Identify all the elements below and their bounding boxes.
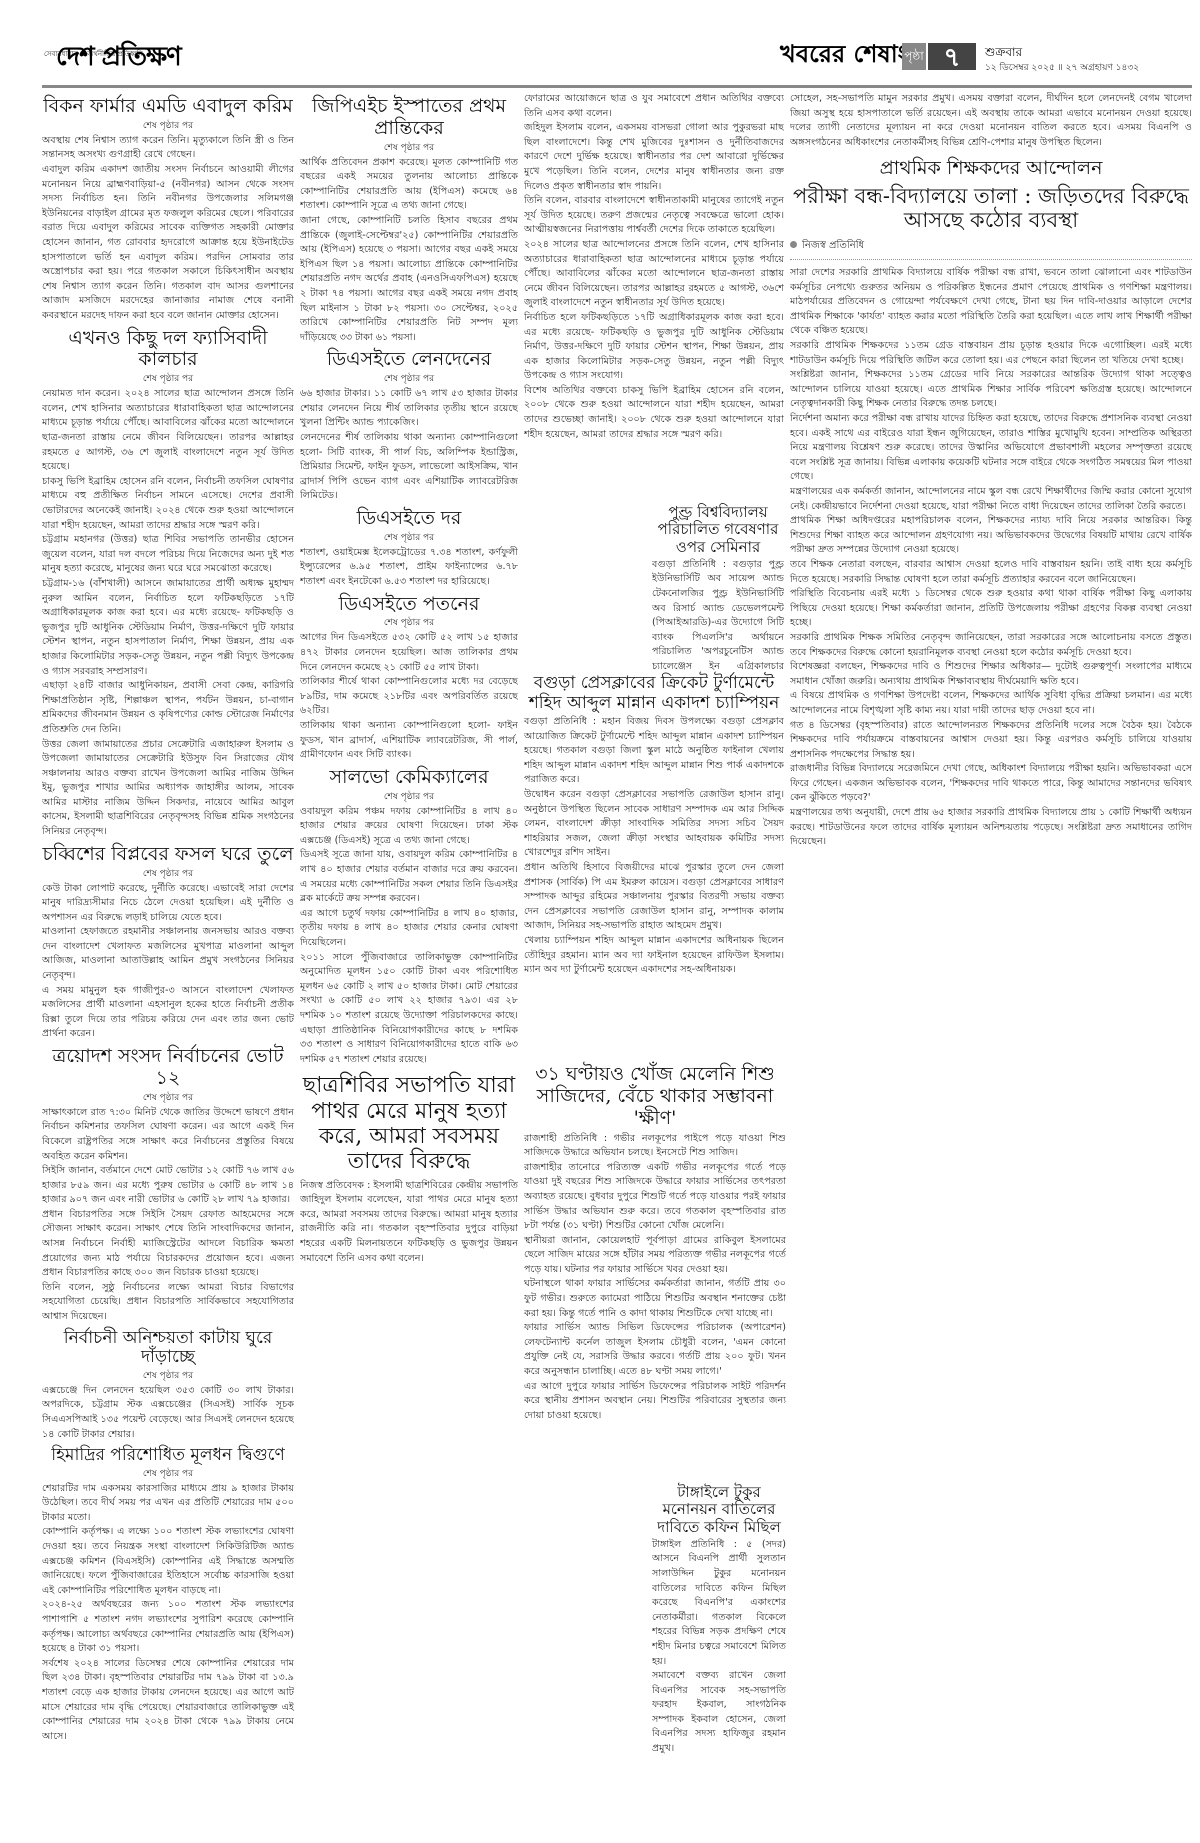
paragraph: তালিকার শীর্ষে থাকা কোম্পানিগুলোর মধ্যে … xyxy=(300,675,518,719)
article-primary-teachers-movement[interactable]: প্রাথমিক শিক্ষকদের আন্দোলন পরীক্ষা বন্ধ-… xyxy=(790,158,1192,849)
paragraph: প্রধান অতিথি হিসাবে বিজয়ীদের মাঝে পুরস্… xyxy=(524,861,784,934)
paragraph: তিনি বলেন, সুষ্ঠু নির্বাচনের লক্ষ্যে আমর… xyxy=(42,1281,294,1325)
article-dse-price[interactable]: ডিএসইতে দর শেষ পৃষ্ঠার পর শতাংশ, ওয়াইমে… xyxy=(300,508,518,590)
paragraph: সিইসি জানান, বর্তমানে দেশে মোট ভোটার ১২ … xyxy=(42,1164,294,1208)
paragraph: আগের দিন ডিএসইতে ৫৩২ কোটি ৫২ লাখ ১৫ হাজা… xyxy=(300,631,518,675)
article-tangail-coffin-rally[interactable]: টাঙ্গাইলে টুকুর মনোনয়ন বাতিলের দাবিতে ক… xyxy=(652,1480,786,1837)
continuation-label: শেষ পৃষ্ঠার পর xyxy=(42,120,294,132)
paragraph: শতাংশ, ওয়াইমেক্স ইলেকট্রোডের ৭.৩৪ শতাংশ… xyxy=(300,546,518,590)
paragraph: সারা দেশের সরকারি প্রাথমিক বিদ্যালয়ে বা… xyxy=(790,266,1192,339)
headline: ডিএসইতে লেনদেনের xyxy=(300,349,518,371)
paragraph: এক্সচেঞ্জে দিন লেনদেন হয়েছিল ৩৫৩ কোটি ৩… xyxy=(42,1384,294,1442)
article-dse-transactions[interactable]: ডিএসইতে লেনদেনের শেষ পৃষ্ঠার পর ৬৬ হাজার… xyxy=(300,349,518,504)
paragraph: ওবায়দুল করিম পঞ্চম দফায় কোম্পানিটির ৪ … xyxy=(300,805,518,849)
paragraph: ফোরামের আয়োজনে ছাত্র ও যুব সমাবেশে প্রধ… xyxy=(524,92,784,121)
paragraph: চাকসু ভিপি ইব্রাহিম হোসেন রনি বলেন, নির্… xyxy=(42,475,294,533)
paragraph: বগুড়া প্রতিনিধি : বগুড়ার পুণ্ড্র ইউনিভ… xyxy=(652,558,784,670)
paragraph: তিনি বলেন, বারবার বাংলাদেশে স্বাধীনতাকাম… xyxy=(524,194,784,238)
article-fascist-culture[interactable]: এখনও কিছু দল ফ্যাসিবাদী কালচার শেষ পৃষ্ঠ… xyxy=(42,328,294,840)
headline: ত্রয়োদশ সংসদ নির্বাচনের ভোট ১২ xyxy=(42,1046,294,1090)
paragraph: চট্টগ্রাম মহানগর (উত্তর) ছাত্র শিবির সভা… xyxy=(42,533,294,577)
kicker: প্রাথমিক শিক্ষকদের আন্দোলন xyxy=(790,158,1192,180)
paragraph: সাক্ষাৎকালে রাত ৭:৩০ মিনিট থেকে জাতির উদ… xyxy=(42,1106,294,1164)
continuation-label: শেষ পৃষ্ঠার পর xyxy=(300,617,518,629)
headline: এখনও কিছু দল ফ্যাসিবাদী কালচার xyxy=(42,328,294,372)
headline: চব্বিশের বিপ্লবের ফসল ঘরে তুলে xyxy=(42,844,294,866)
paragraph: প্রধান বিচারপতির সঙ্গে সিইসি সৈয়দ রেফাত… xyxy=(42,1208,294,1281)
headline: বগুড়া প্রেসক্লাবের ক্রিকেট টুর্ণামেন্টে… xyxy=(524,674,784,713)
paragraph: সমাবেশে বক্তব্য রাখেন জেলা বিএনপির সাবেক… xyxy=(652,1669,786,1757)
paragraph: তবে শিক্ষক নেতারা বলছেন, বারবার আশ্বাস দ… xyxy=(790,558,1192,587)
paragraph: রাজশাহী প্রতিনিধি : গভীর নলকূপের পাইপে প… xyxy=(524,1132,786,1161)
article-cricket-tournament[interactable]: বগুড়া প্রেসক্লাবের ক্রিকেট টুর্ণামেন্টে… xyxy=(524,670,784,1000)
paragraph: গত ৪ ডিসেম্বর (বৃহস্পতিবার) রাতে আন্দোলন… xyxy=(790,719,1192,763)
paragraph: পরিস্থিতি বিবেচনায় এরই মধ্যে ১ ডিসেম্বর… xyxy=(790,587,1192,631)
paragraph: আর্থিক প্রতিবেদন প্রকাশ করেছে। মূলত কোম্… xyxy=(300,156,518,214)
paragraph: কোম্পানি কর্তৃপক্ষ। এ লক্ষ্যে ১০০ শতাংশ … xyxy=(42,1525,294,1598)
paragraph: জহিদুল ইসলাম বলেন, একসময় বাসভরা গোলা আর… xyxy=(524,121,784,194)
paragraph: ৬৬ হাজার টাকার। ১১ কোটি ৬৭ লাখ ৫৩ হাজার … xyxy=(300,387,518,431)
paragraph: জানা গেছে, কোম্পানিটি চলতি হিসাব বছরের প… xyxy=(300,214,518,345)
continuation-label: শেষ পৃষ্ঠার পর xyxy=(300,142,518,154)
paragraph: সরকারি প্রাথমিক শিক্ষকদের ১১তম গ্রেড বাস… xyxy=(790,339,1192,368)
paragraph: বিশেষ অতিথির বক্তব্যে চাকসু ভিপি ইব্রাহি… xyxy=(524,384,784,442)
paragraph: টাঙ্গাইল প্রতিনিধি : ৫ (সদর) আসনে বিএনপি… xyxy=(652,1538,786,1669)
paragraph: মন্ত্রণালয়ের তথ্য অনুযায়ী, দেশে প্রায়… xyxy=(790,806,1192,850)
publication-date: ১২ ডিসেম্বর ২০২৫ ॥ ২৭ অগ্রহায়ণ ১৪৩২ xyxy=(985,60,1139,75)
paragraph: ঘটনাস্থলে থাকা ফায়ার সার্ভিসের কর্মকর্ত… xyxy=(524,1277,786,1321)
paragraph: কেউ টাকা লোপাট করেছে, দুর্নীতি করেছে। এভ… xyxy=(42,882,294,926)
paragraph: সরকারি প্রাথমিক শিক্ষক সমিতির নেতৃবৃন্দ … xyxy=(790,631,1192,660)
article-market-recovery[interactable]: নির্বাচনী অনিশ্চয়তা কাটায় ঘুরে দাঁড়াচ… xyxy=(42,1329,294,1442)
continuation-label: শেষ পৃষ্ঠার পর xyxy=(42,1370,294,1382)
paragraph: এ বিষয়ে প্রাথমিক ও গণশিক্ষা উপদেষ্টা বল… xyxy=(790,689,1192,718)
paragraph: সর্বশেষ ২০২৪ সালের ডিসেম্বর শেষে কোম্পান… xyxy=(42,1657,294,1745)
column-2: জিপিএইচ ইস্পাতের প্রথম প্রান্তিকের শেষ প… xyxy=(300,92,518,1837)
headline: টাঙ্গাইলে টুকুর মনোনয়ন বাতিলের দাবিতে ক… xyxy=(652,1484,786,1536)
paragraph: সংশ্লিষ্টরা জানান, শিক্ষকদের ১১তম গ্রেডে… xyxy=(790,368,1192,412)
paragraph: রাজশাহীর তানোরে পরিত্যক্ত একটি গভীর নলকূ… xyxy=(524,1161,786,1234)
continuation-label: শেষ পৃষ্ঠার পর xyxy=(42,373,294,385)
headline: জিপিএইচ ইস্পাতের প্রথম প্রান্তিকের xyxy=(300,96,518,140)
continuation-label: শেষ পৃষ্ঠার পর xyxy=(42,1092,294,1104)
paragraph: লেনদেনের শীর্ষ তালিকায় থাকা অন্যান্য কো… xyxy=(300,431,518,504)
section-title: খবরের শেষাংশ xyxy=(780,40,922,68)
column-4-gap xyxy=(652,1000,784,1060)
paragraph: শেয়ারটির দাম একসময় কারসাজির মাধ্যমে প্… xyxy=(42,1482,294,1526)
page-number: ৭ xyxy=(928,43,976,70)
headline: পরীক্ষা বন্ধ-বিদ্যালয়ে তালা : জড়িতদের … xyxy=(790,184,1192,232)
paragraph: নির্বাচিত হলে ফটিকছড়িতে ১৭টি অগ্রাধিকার… xyxy=(524,311,784,384)
paragraph: ২০২৪ সালের ছাত্র আন্দোলনের প্রসঙ্গে তিনি… xyxy=(524,238,784,311)
paragraph: নিজস্ব প্রতিবেদক : ইসলামী ছাত্রশিবিরের ক… xyxy=(300,1179,518,1267)
byline: নিজস্ব প্রতিনিধি xyxy=(790,235,1192,261)
paragraph: মাওলানা হেফাজতে রহমানীর সঞ্চালনায় জনসভা… xyxy=(42,925,294,983)
article-bikon-pharma[interactable]: বিকন ফার্মার এমডি এবাদুল করিম শেষ পৃষ্ঠা… xyxy=(42,96,294,324)
headline: পুণ্ড্র বিশ্ববিদ্যালয় পরিচালিত গবেষণার … xyxy=(652,504,784,556)
article-revolution-harvest[interactable]: চব্বিশের বিপ্লবের ফসল ঘরে তুলে শেষ পৃষ্ঠ… xyxy=(42,844,294,1042)
paragraph: খেলায় চ্যাম্পিয়ন শহিদ আব্দুল মান্নান এ… xyxy=(524,934,784,978)
article-gph-ispat[interactable]: জিপিএইচ ইস্পাতের প্রথম প্রান্তিকের শেষ প… xyxy=(300,96,518,345)
paragraph: রাজধানীর বিভিন্ন বিদ্যালয়ে সরেজমিনে দেখ… xyxy=(790,762,1192,806)
continuation-label: শেষ পৃষ্ঠার পর xyxy=(42,868,294,880)
article-dse-fall[interactable]: ডিএসইতে পতনের শেষ পৃষ্ঠার পর আগের দিন ডি… xyxy=(300,594,518,763)
paragraph: নেয়ামত দান করেন। ২০২৪ সালের ছাত্র আন্দো… xyxy=(42,387,294,475)
bullet-icon xyxy=(790,241,797,248)
paragraph: এবাদুল করিম একাদশ জাতীয় সংসদ নির্বাচনে … xyxy=(42,163,294,324)
paragraph: উদ্বোধন করেন বগুড়া প্রেসক্লাবের সভাপতি … xyxy=(524,788,784,861)
continuation-label: শেষ পৃষ্ঠার পর xyxy=(300,791,518,803)
article-election-vote[interactable]: ত্রয়োদশ সংসদ নির্বাচনের ভোট ১২ শেষ পৃষ্… xyxy=(42,1046,294,1325)
headline: বিকন ফার্মার এমডি এবাদুল করিম xyxy=(42,96,294,118)
headline: হিমাদ্রির পরিশোধিত মূলধন দ্বিগুণে xyxy=(42,1446,294,1466)
paragraph: মন্ত্রণালয়ের এক কর্মকর্তা জানান, আন্দোল… xyxy=(790,485,1192,514)
paragraph: ২০২৪-২৫ অর্থবছরের জন্য ১০০ শতাংশ স্টক লভ… xyxy=(42,1598,294,1656)
paragraph: এ সময় মামুনুল হক গাজীপুর-৩ আসনে বাংলাদে… xyxy=(42,984,294,1042)
headline: ৩১ ঘণ্টায়ও খোঁজ মেলেনি শিশু সাজিদের, বে… xyxy=(524,1064,786,1130)
paragraph: সোহেল, সহ-সভাপতি মামুন সরকার প্রমুখ। এসম… xyxy=(790,92,1192,150)
paragraph: বগুড়া প্রতিনিধি : মহান বিজয় দিবস উপলক্… xyxy=(524,715,784,788)
paragraph: বিশেষজ্ঞরা বলছেন, শিক্ষকদের দাবি ও শিশুদ… xyxy=(790,660,1192,689)
article-salvo-chemical[interactable]: সালভো কেমিক্যালের শেষ পৃষ্ঠার পর ওবায়দু… xyxy=(300,767,518,1068)
continuation-label: শেষ পৃষ্ঠার পর xyxy=(42,1468,294,1480)
newspaper-logo[interactable]: দেশ প্রতিক্ষণ xyxy=(56,46,181,68)
paragraph: নির্দেশনা অমান্য করে পরীক্ষা বন্ধ রাখায়… xyxy=(790,412,1192,485)
masthead: সেবাৱধাৱাৱ ও অৰ্থনীতিৱ প্ৰতিধ্বনি দেশ প্… xyxy=(0,0,1200,66)
paragraph: অবস্থায় শেষ নিশ্বাস ত্যাগ করেন তিনি। মৃ… xyxy=(42,134,294,163)
continuation-label: শেষ পৃষ্ঠার পর xyxy=(300,532,518,544)
paragraph: ২০১১ সালে পুঁজিবাজারে তালিকাভুক্ত কোম্পা… xyxy=(300,951,518,1068)
paragraph: উত্তর জেলা জামায়াতের প্রচার সেক্রেটারি … xyxy=(42,738,294,840)
paragraph: তালিকায় থাকা অন্যান্য কোম্পানিগুলো হলো-… xyxy=(300,719,518,763)
continuation-label: শেষ পৃষ্ঠার পর xyxy=(300,373,518,385)
headline: ছাত্রশিবির সভাপতি যারা পাথর মেরে মানুষ হ… xyxy=(300,1073,518,1174)
headline: ডিএসইতে পতনের xyxy=(300,594,518,616)
article-himadri-capital[interactable]: হিমাদ্রির পরিশোধিত মূলধন দ্বিগুণে শেষ পৃ… xyxy=(42,1446,294,1744)
paragraph: ফায়ার সার্ভিস অ্যান্ড সিভিল ডিফেন্সের প… xyxy=(524,1321,786,1379)
column-1: বিকন ফার্মার এমডি এবাদুল করিম শেষ পৃষ্ঠা… xyxy=(42,92,294,1837)
paragraph: এর আগে দুপুরে ফায়ার সার্ভিস ডিফেন্সের প… xyxy=(524,1380,786,1424)
article-pundra-university-seminar[interactable]: পুণ্ড্র বিশ্ববিদ্যালয় পরিচালিত গবেষণার … xyxy=(652,500,784,670)
paragraph: ডিএসই সূত্রে জানা যায়, ওবায়দুল করিম কো… xyxy=(300,848,518,906)
paragraph: প্রাথমিক শিক্ষা অধিদপ্তরের মহাপরিচালক বল… xyxy=(790,514,1192,558)
paragraph: এর আগে চতুর্থ দফায় কোম্পানিটির ৪ লাখ ৪০… xyxy=(300,907,518,951)
masthead-divider xyxy=(42,85,1192,88)
column-5: সোহেল, সহ-সভাপতি মামুন সরকার প্রমুখ। এসম… xyxy=(790,92,1192,1837)
byline-text: নিজস্ব প্রতিনিধি xyxy=(802,240,864,251)
article-shibir-president[interactable]: ছাত্রশিবির সভাপতি যারা পাথর মেরে মানুষ হ… xyxy=(300,1073,518,1266)
paragraph: এছাড়া ২৪টি বাজার আধুনিকায়ন, প্রবাসী সে… xyxy=(42,679,294,737)
paragraph: স্থানীয়রা জানান, কোয়েলহাট পূর্বপাড়া গ… xyxy=(524,1234,786,1278)
headline: সালভো কেমিক্যালের xyxy=(300,767,518,789)
headline: ডিএসইতে দর xyxy=(300,508,518,530)
paragraph: চট্টগ্রাম-১৬ (বাঁশখালী) আসনে জামায়াতের … xyxy=(42,577,294,679)
headline: নির্বাচনী অনিশ্চয়তা কাটায় ঘুরে দাঁড়াচ… xyxy=(42,1329,294,1368)
page-label-icon: পৃষ্ঠা xyxy=(902,43,926,70)
